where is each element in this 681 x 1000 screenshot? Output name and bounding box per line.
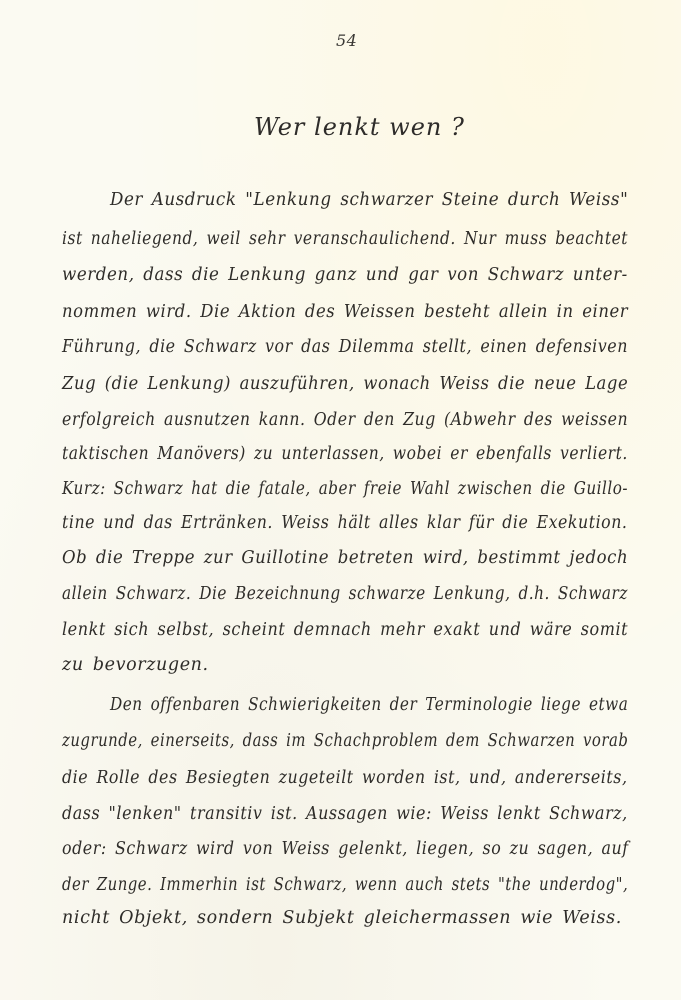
text-line: taktischen Manövers) zu unterlassen, wob… <box>62 444 628 464</box>
handwritten-page: 54 Wer lenkt wen ? Der Ausdruck "Lenkung… <box>0 0 681 1000</box>
text-line: tine und das Ertränken. Weiss hält alles… <box>62 513 627 533</box>
text-line: nommen wird. Die Aktion des Weissen best… <box>62 302 628 322</box>
text-line: zu bevorzugen. <box>62 655 209 675</box>
text-line: die Rolle des Besiegten zugeteilt worden… <box>62 768 628 788</box>
text-line: Kurz: Schwarz hat die fatale, aber freie… <box>62 479 628 499</box>
text-line: allein Schwarz. Die Bezeichnung schwarze… <box>62 584 628 604</box>
text-line: oder: Schwarz wird von Weiss gelenkt, li… <box>62 839 629 859</box>
text-line: nicht Objekt, sondern Subjekt gleicherma… <box>62 908 622 928</box>
text-line: ist naheliegend, weil sehr veranschaulic… <box>62 229 628 249</box>
page-number: 54 <box>336 31 357 50</box>
text-line: Den offenbaren Schwierigkeiten der Termi… <box>110 695 628 715</box>
text-line: erfolgreich ausnutzen kann. Oder den Zug… <box>62 410 628 430</box>
text-line: zugrunde, einerseits, dass im Schachprob… <box>62 731 628 751</box>
text-line: lenkt sich selbst, scheint demnach mehr … <box>62 620 628 640</box>
text-line: werden, dass die Lenkung ganz und gar vo… <box>62 265 628 285</box>
page-title: Wer lenkt wen ? <box>254 113 465 141</box>
text-line: dass "lenken" transitiv ist. Aussagen wi… <box>62 804 628 824</box>
text-line: Führung, die Schwarz vor das Dilemma ste… <box>62 337 628 357</box>
text-line: Der Ausdruck "Lenkung schwarzer Steine d… <box>110 190 628 210</box>
text-line: Ob die Treppe zur Guillotine betreten wi… <box>62 548 628 568</box>
text-line: Zug (die Lenkung) auszuführen, wonach We… <box>62 374 628 394</box>
text-line: der Zunge. Immerhin ist Schwarz, wenn au… <box>62 875 628 895</box>
